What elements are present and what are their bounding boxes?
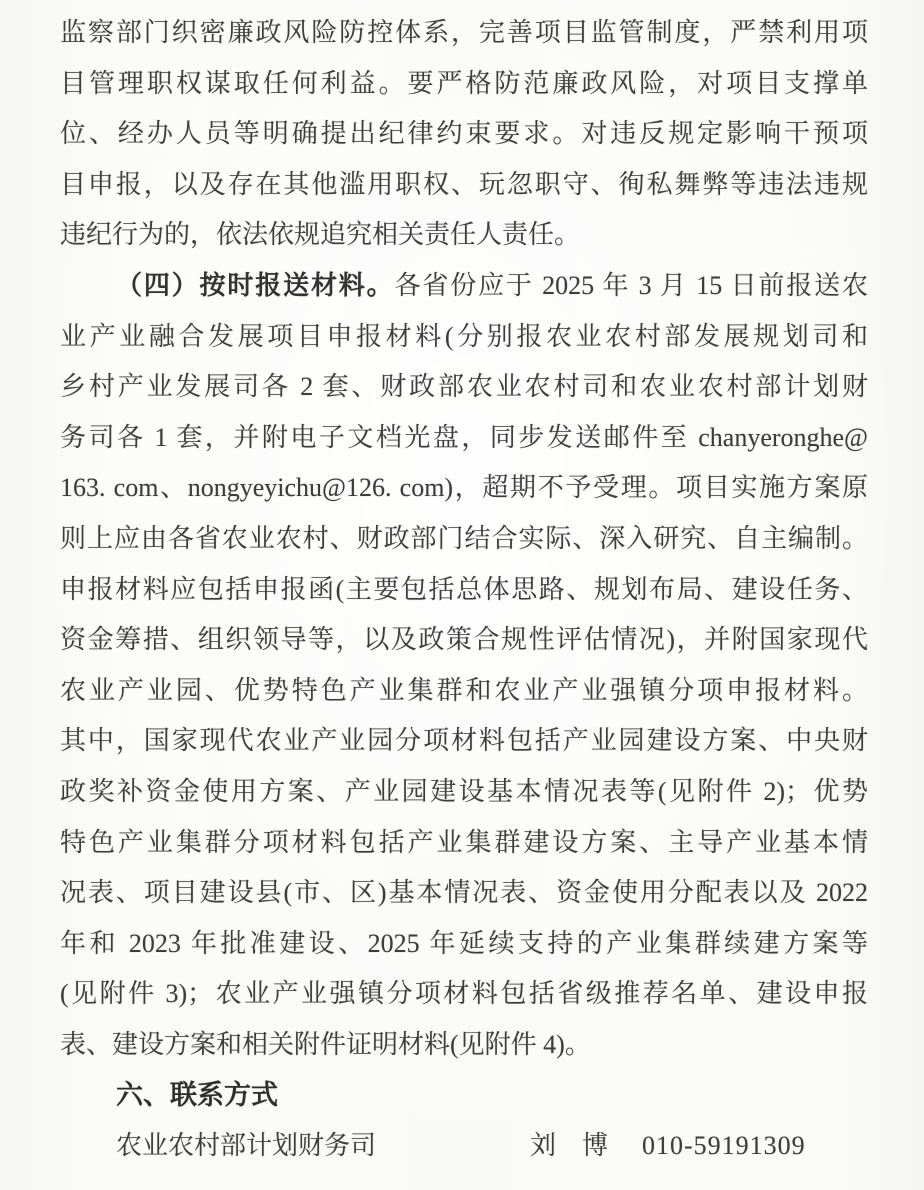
document-text-block: 监察部门织密廉政风险防控体系，完善项目监管制度，严禁利用项目管理职权谋取任何利益… (60, 8, 868, 1172)
bold-lead-text: （四）按时报送材料。 (116, 271, 395, 300)
text-line: 申报材料应包括申报函(主要包括总体思路、规划布局、建设任务、 (60, 565, 868, 616)
text-line: 表、建设方案和相关附件证明材料(见附件 4)。 (60, 1020, 868, 1071)
text-line: 则上应由各省农业农村、财政部门结合实际、深入研究、自主编制。 (60, 514, 868, 565)
contact-department: 农业农村部计划财务司 (116, 1121, 376, 1172)
text-line: 资金筹措、组织领导等，以及政策合规性评估情况)，并附国家现代 (60, 615, 868, 666)
text-line: 业产业融合发展项目申报材料(分别报农业农村部发展规划司和 (60, 312, 868, 363)
text-line: 目申报，以及存在其他滥用职权、玩忽职守、徇私舞弊等违法违规 (60, 160, 868, 211)
text-line: 违纪行为的，依法依规追究相关责任人责任。 (60, 210, 868, 261)
contact-line: 农业农村部计划财务司 刘 博 010-59191309 (60, 1121, 868, 1172)
text-line: 年和 2023 年批准建设、2025 年延续支持的产业集群续建方案等 (60, 919, 868, 970)
text-line: 农业产业园、优势特色产业集群和农业产业强镇分项申报材料。 (60, 666, 868, 717)
text-line: 乡村产业发展司各 2 套、财政部农业农村司和农业农村部计划财 (60, 362, 868, 413)
section-heading-contact-info: 六、联系方式 (60, 1070, 868, 1121)
contact-phone-number: 010-59191309 (642, 1121, 806, 1172)
text-line: 目管理职权谋取任何利益。要严格防范廉政风险，对项目支撑单 (60, 59, 868, 110)
scanned-document-page: 监察部门织密廉政风险防控体系，完善项目监管制度，严禁利用项目管理职权谋取任何利益… (0, 0, 924, 1190)
text-line: 况表、项目建设县(市、区)基本情况表、资金使用分配表以及 2022 (60, 868, 868, 919)
text-line: 监察部门织密廉政风险防控体系，完善项目监管制度，严禁利用项 (60, 8, 868, 59)
contact-person-name: 刘 博 (530, 1121, 608, 1172)
text-line: 务司各 1 套，并附电子文档光盘，同步发送邮件至 chanyeronghe@ (60, 413, 868, 464)
text-line: 政奖补资金使用方案、产业园建设基本情况表等(见附件 2)；优势 (60, 767, 868, 818)
text-line: 其中，国家现代农业产业园分项材料包括产业园建设方案、中央财 (60, 716, 868, 767)
text-line: 位、经办人员等明确提出纪律约束要求。对违反规定影响干预项 (60, 109, 868, 160)
text-line: 163. com、nongyeyichu@126. com)，超期不予受理。项目… (60, 463, 868, 514)
text-line: (见附件 3)；农业产业强镇分项材料包括省级推荐名单、建设申报 (60, 969, 868, 1020)
text-line: （四）按时报送材料。各省份应于 2025 年 3 月 15 日前报送农 (60, 261, 868, 312)
text-line: 特色产业集群分项材料包括产业集群建设方案、主导产业基本情 (60, 818, 868, 869)
document-body: 监察部门织密廉政风险防控体系，完善项目监管制度，严禁利用项目管理职权谋取任何利益… (60, 8, 868, 1070)
